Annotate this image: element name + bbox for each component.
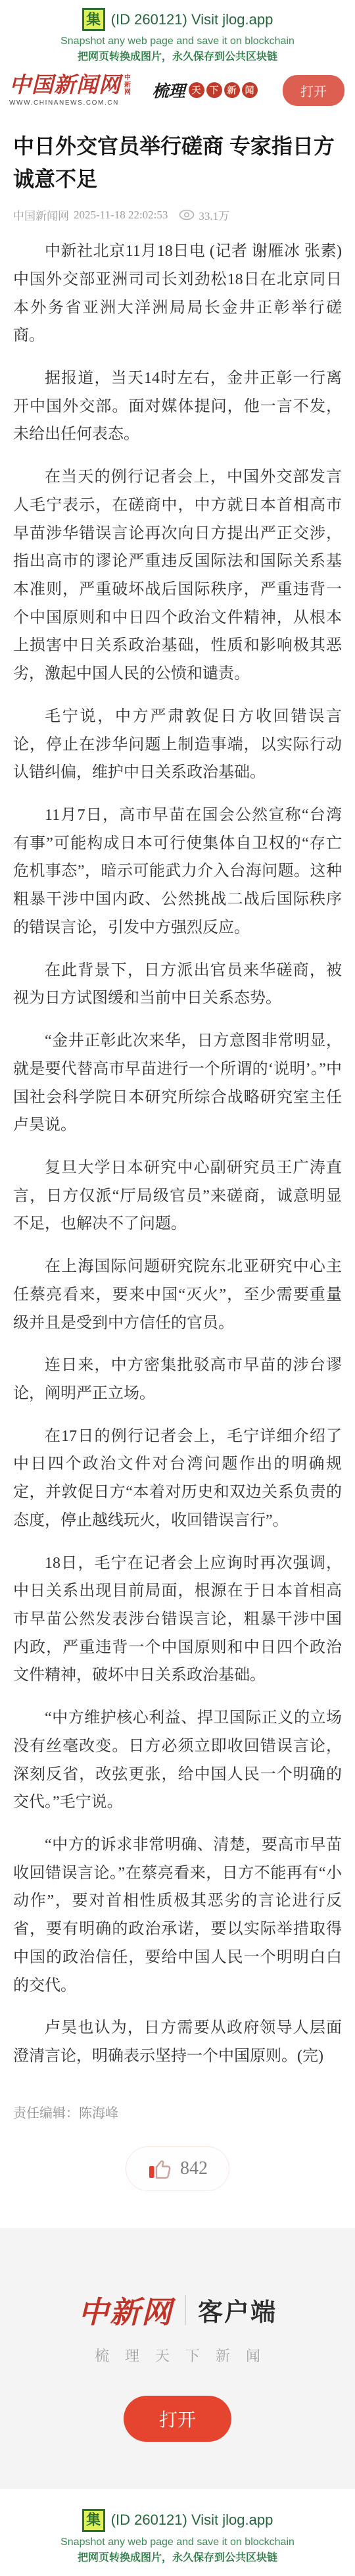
app-promo-section: 中新网 客户端 梳理天下新闻 打开 — [0, 2228, 355, 2489]
article-paragraph: “中方维护核心利益、捍卫国际正义的立场没有丝毫改变。日方必须立即收回错误言论，深… — [13, 1704, 342, 1817]
jlog-app-icon: 集 — [82, 8, 105, 31]
jlog-banner-headline: 集 (ID 260121) Visit jlog.app — [0, 8, 355, 31]
chinanews-logo-side-text: 中新网 — [122, 74, 130, 95]
like-row: 842 — [13, 2146, 342, 2191]
jlog-banner-subtitle-en: Snapshot any web page and save it on blo… — [0, 36, 355, 47]
article-paragraph: 连日来，中方密集批驳高市早苗的涉台谬论，阐明严正立场。 — [13, 1351, 342, 1407]
chinanews-app-logo: 中新网 — [78, 2288, 173, 2332]
like-button[interactable]: 842 — [126, 2146, 229, 2191]
slogan-prefix-text: 梳理 — [153, 78, 185, 102]
article-paragraph: 在此背景下，日方派出官员来华磋商，被视为日方试图缓和当前中日关系态势。 — [13, 957, 342, 1013]
article-paragraph: 卢昊也认为，日方需要从政府领导人层面澄清言论，明确表示坚持一个中国原则。(完) — [13, 2014, 342, 2070]
chinanews-logo-text: 中国新闻网 — [9, 74, 121, 97]
view-counter: 33.1万 — [179, 207, 229, 223]
slogan-badge-xia: 下 — [206, 82, 222, 98]
article-source: 中国新闻网 — [13, 207, 69, 223]
article-meta: 中国新闻网 2025-11-18 22:02:53 33.1万 — [13, 207, 342, 223]
article-paragraph: “中方的诉求非常明确、清楚，要高市早苗收回错误言论。”在蔡亮看来，日方不能再有“… — [13, 1831, 342, 2000]
jlog-banner-subtitle-zh: 把网页转换成图片，永久保存到公共区块链 — [0, 48, 355, 63]
jlog-banner-headline: 集 (ID 260121) Visit jlog.app — [0, 2509, 355, 2532]
site-slogan: 梳理 天 下 新 闻 — [153, 78, 283, 102]
jlog-banner-top: 集 (ID 260121) Visit jlog.app Snapshot an… — [0, 0, 355, 70]
editor-credit: 责任编辑：陈海峰 — [13, 2102, 342, 2121]
article-paragraph: 毛宁说，中方严肃敦促日方收回错误言论，停止在涉华问题上制造事端，以实际行动认错纠… — [13, 703, 342, 787]
jlog-banner-link-text[interactable]: (ID 260121) Visit jlog.app — [111, 11, 273, 28]
thumbs-up-icon — [147, 2156, 172, 2181]
jlog-banner-link-text[interactable]: (ID 260121) Visit jlog.app — [111, 2512, 273, 2529]
article-paragraph: “金井正彰此次来华，日方意图非常明显，就是要代替高市早苗进行一个所谓的‘说明’。… — [13, 1027, 342, 1140]
article-paragraph: 在上海国际问题研究院东北亚研究中心主任蔡亮看来，要来中国“灭火”，至少需要重量级… — [13, 1253, 342, 1337]
jlog-banner-subtitle-zh: 把网页转换成图片，永久保存到公共区块链 — [0, 2549, 355, 2564]
slogan-badge-tian: 天 — [189, 82, 204, 98]
article-body: 中新社北京11月18日电 (记者 谢雁冰 张素)中国外交部亚洲司司长刘劲松18日… — [13, 238, 342, 2071]
app-promo-tagline: 梳理天下新闻 — [0, 2345, 355, 2365]
article-paragraph: 在17日的例行记者会上，毛宁详细介绍了中日四个政治文件对台湾问题作出的明确规定，… — [13, 1423, 342, 1535]
logo-divider — [185, 2295, 186, 2325]
jlog-banner-bottom: 集 (ID 260121) Visit jlog.app Snapshot an… — [0, 2489, 355, 2576]
jlog-app-icon: 集 — [82, 2509, 105, 2532]
article: 中日外交官员举行磋商 专家指日方诚意不足 中国新闻网 2025-11-18 22… — [0, 130, 355, 2191]
article-paragraph: 中新社北京11月18日电 (记者 谢雁冰 张素)中国外交部亚洲司司长刘劲松18日… — [13, 238, 342, 350]
app-client-label: 客户端 — [198, 2292, 277, 2328]
slogan-badge-xin: 新 — [224, 82, 240, 98]
article-paragraph: 在当天的例行记者会上，中国外交部发言人毛宁表示，在磋商中，中方就日本首相高市早苗… — [13, 463, 342, 688]
eye-icon — [179, 209, 195, 220]
article-paragraph: 11月7日，高市早苗在国会公然宣称“台湾有事”可能构成日本可行使集体自卫权的“存… — [13, 801, 342, 942]
like-count: 842 — [180, 2158, 208, 2179]
chinanews-site-url: WWW.CHINANEWS.COM.CN — [9, 99, 143, 107]
app-promo-logo-row: 中新网 客户端 — [78, 2288, 277, 2332]
chinanews-logo[interactable]: 中国新闻网 中新网 WWW.CHINANEWS.COM.CN — [9, 74, 143, 107]
open-app-button-promo[interactable]: 打开 — [124, 2396, 231, 2442]
article-paragraph: 18日，毛宁在记者会上应询时再次强调，中日关系出现目前局面，根源在于日本首相高市… — [13, 1550, 342, 1690]
article-paragraph: 复旦大学日本研究中心副研究员王广涛直言，日方仅派“厅局级官员”来磋商，诚意明显不… — [13, 1154, 342, 1238]
site-header: 中国新闻网 中新网 WWW.CHINANEWS.COM.CN 梳理 天 下 新 … — [0, 70, 355, 113]
article-title: 中日外交官员举行磋商 专家指日方诚意不足 — [13, 130, 342, 196]
article-paragraph: 据报道，当天14时左右，金井正彰一行离开中国外交部。面对媒体提问，他一言不发，未… — [13, 365, 342, 449]
view-count: 33.1万 — [199, 207, 229, 223]
article-datetime: 2025-11-18 22:02:53 — [74, 209, 168, 222]
open-app-button-header[interactable]: 打开 — [283, 75, 344, 106]
jlog-banner-subtitle-en: Snapshot any web page and save it on blo… — [0, 2537, 355, 2548]
slogan-badge-wen: 闻 — [242, 82, 258, 98]
